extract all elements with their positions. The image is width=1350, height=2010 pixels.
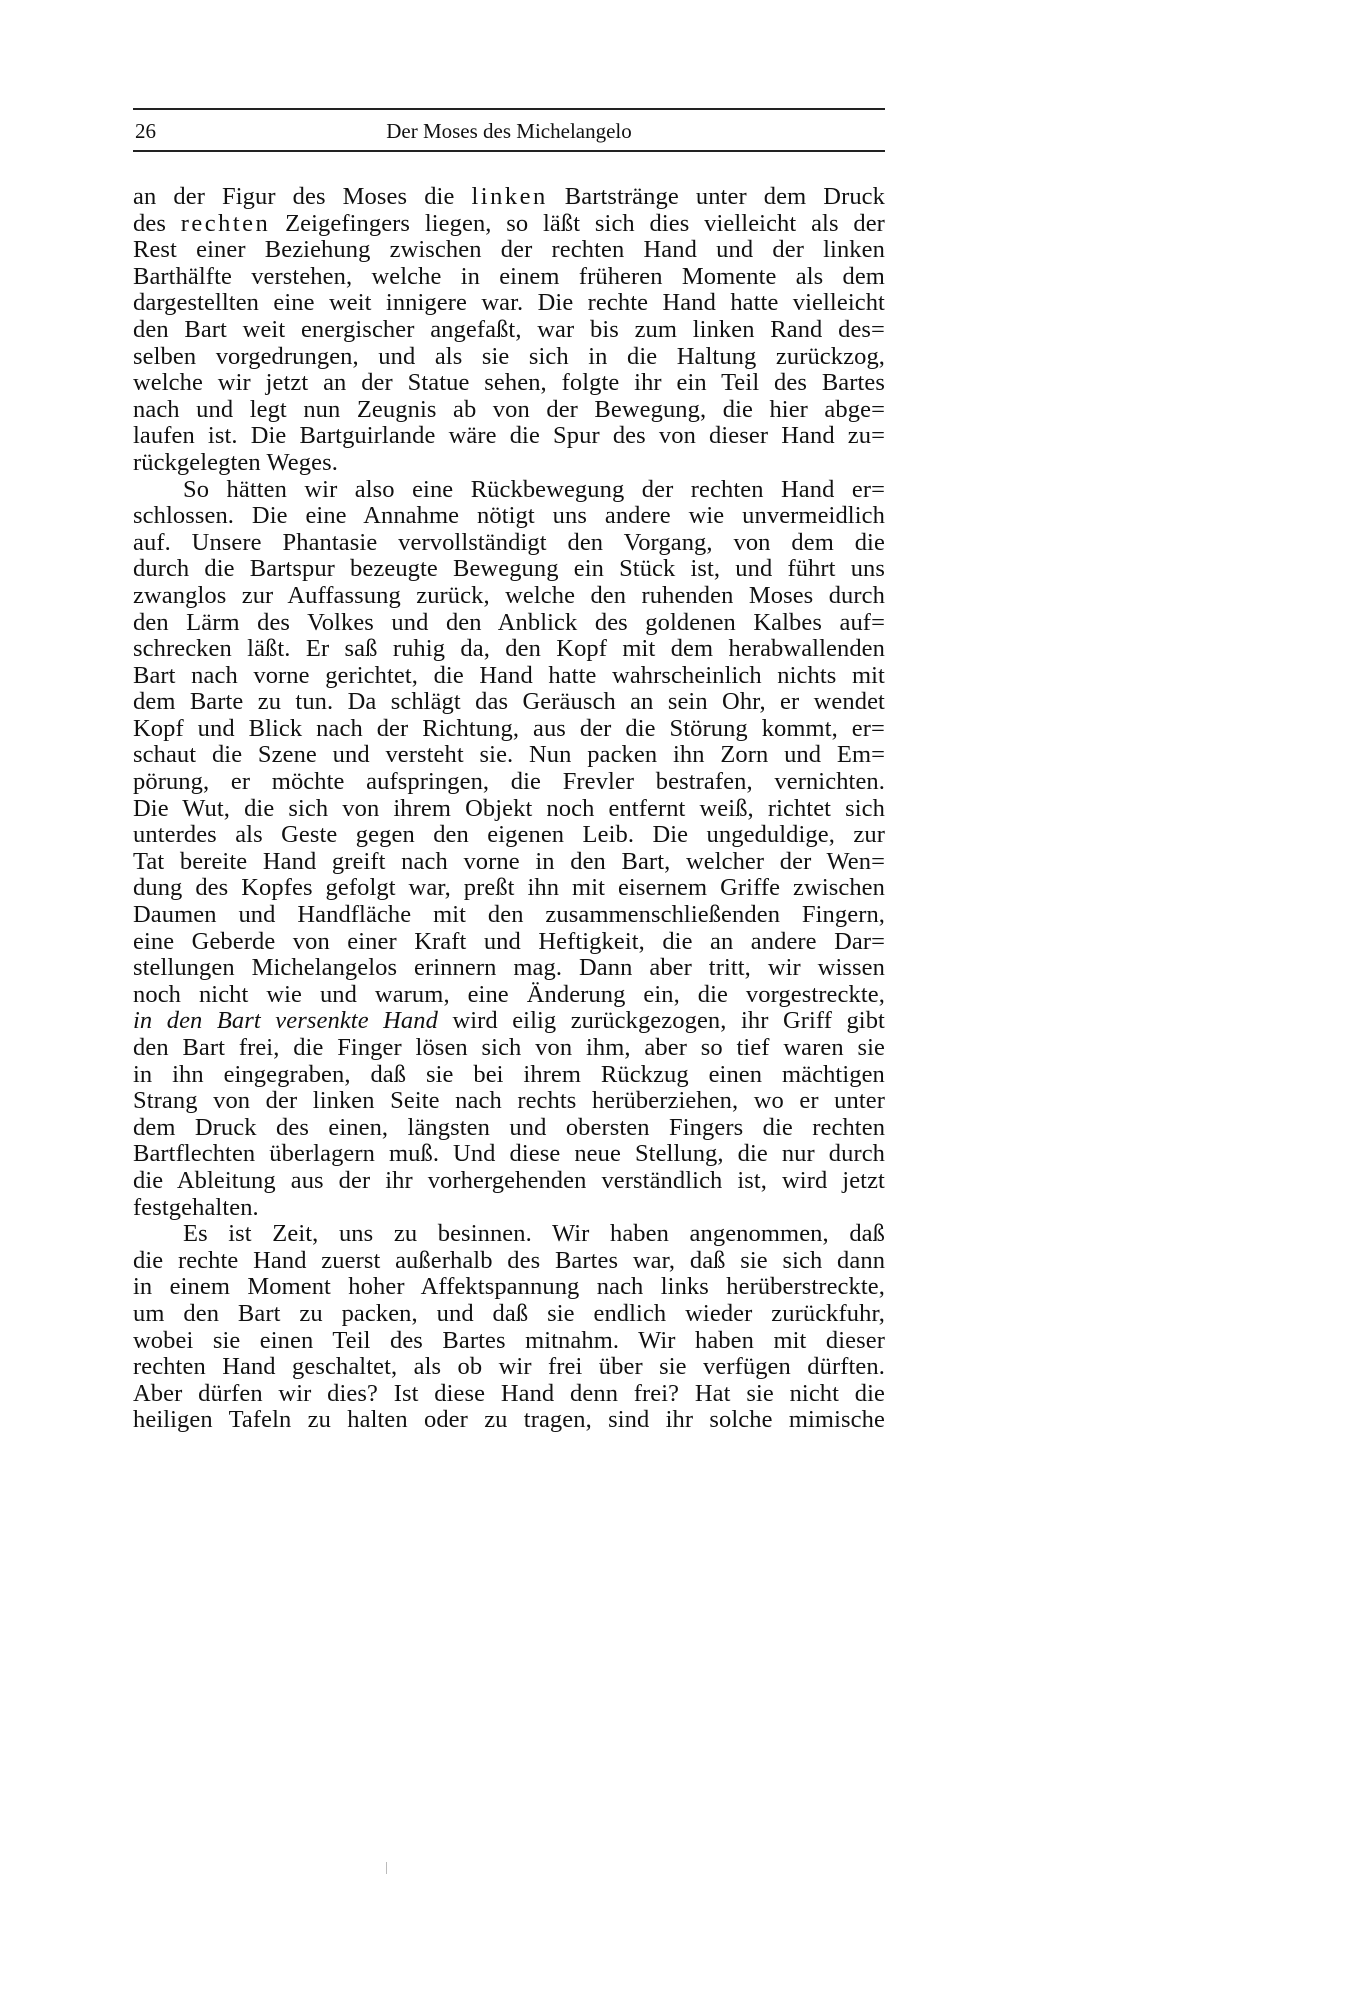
running-title: Der Moses des Michelangelo [133,118,885,144]
text-line: pörung, er möchte aufspringen, die Frevl… [133,769,885,796]
text-line: Barthälfte verstehen, welche in einem fr… [133,264,885,291]
text-line: eine Geberde von einer Kraft und Heftigk… [133,929,885,956]
text-line: schaut die Szene und versteht sie. Nun p… [133,742,885,769]
text-line: Daumen und Handfläche mit den zusammensc… [133,902,885,929]
text-line: Die Wut, die sich von ihrem Objekt noch … [133,796,885,823]
text-line: die Ableitung aus der ihr vorhergehenden… [133,1168,885,1195]
book-page: 26 Der Moses des Michelangelo an der Fig… [133,108,885,1434]
text-line: rechten Hand geschaltet, als ob wir frei… [133,1354,885,1381]
text-line: dem Druck des einen, längsten und oberst… [133,1115,885,1142]
text-line: heiligen Tafeln zu halten oder zu tragen… [133,1407,885,1434]
text-line: um den Bart zu packen, und daß sie endli… [133,1301,885,1328]
text-line: So hätten wir also eine Rückbewegung der… [133,477,885,504]
text-line: schrecken läßt. Er saß ruhig da, den Kop… [133,636,885,663]
text-line: dargestellten eine weit innigere war. Di… [133,290,885,317]
text-line: noch nicht wie und warum, eine Änderung … [133,982,885,1009]
text-line: festgehalten. [133,1195,885,1222]
text-line: zwanglos zur Auffassung zurück, welche d… [133,583,885,610]
text-line: Rest einer Beziehung zwischen der rechte… [133,237,885,264]
text-line: den Bart frei, die Finger lösen sich von… [133,1035,885,1062]
text-line: unterdes als Geste gegen den eigenen Lei… [133,822,885,849]
text-line: rückgelegten Weges. [133,450,885,477]
text-line: wobei sie einen Teil des Bartes mitnahm.… [133,1328,885,1355]
text-line: Bart nach vorne gerichtet, die Hand hatt… [133,663,885,690]
text-line: den Bart weit energischer angefaßt, war … [133,317,885,344]
text-line: die rechte Hand zuerst außerhalb des Bar… [133,1248,885,1275]
text-line: Aber dürfen wir dies? Ist diese Hand den… [133,1381,885,1408]
text-line: Bartflechten überlagern muß. Und diese n… [133,1141,885,1168]
text-line: dem Barte zu tun. Da schlägt das Geräusc… [133,689,885,716]
text-line: Es ist Zeit, uns zu besinnen. Wir haben … [133,1221,885,1248]
body-text: an der Figur des Moses die linken Bartst… [133,184,885,1434]
running-head: 26 Der Moses des Michelangelo [133,118,885,144]
text-line: in den Bart versenkte Hand wird eilig zu… [133,1008,885,1035]
text-line: selben vorgedrungen, und als sie sich in… [133,344,885,371]
header-bottom-rule [133,150,885,152]
text-line: nach und legt nun Zeugnis ab von der Bew… [133,397,885,424]
text-line: laufen ist. Die Bartguirlande wäre die S… [133,423,885,450]
text-line: Tat bereite Hand greift nach vorne in de… [133,849,885,876]
page-number: 26 [135,118,156,144]
text-line: welche wir jetzt an der Statue sehen, fo… [133,370,885,397]
text-line: in ihn eingegraben, daß sie bei ihrem Rü… [133,1062,885,1089]
text-line: auf. Unsere Phantasie vervollständigt de… [133,530,885,557]
text-line: durch die Bartspur bezeugte Bewegung ein… [133,556,885,583]
text-line: schlossen. Die eine Annahme nötigt uns a… [133,503,885,530]
header-top-rule [133,108,885,110]
text-line: an der Figur des Moses die linken Bartst… [133,184,885,211]
text-line: Kopf und Blick nach der Richtung, aus de… [133,716,885,743]
scan-artifact-mark [386,1862,387,1874]
text-line: des rechten Zeigefingers liegen, so läßt… [133,211,885,238]
text-line: Strang von der linken Seite nach rechts … [133,1088,885,1115]
text-line: in einem Moment hoher Affektspannung nac… [133,1274,885,1301]
text-line: dung des Kopfes gefolgt war, preßt ihn m… [133,875,885,902]
text-line: stellungen Michelangelos erinnern mag. D… [133,955,885,982]
text-line: den Lärm des Volkes und den Anblick des … [133,610,885,637]
